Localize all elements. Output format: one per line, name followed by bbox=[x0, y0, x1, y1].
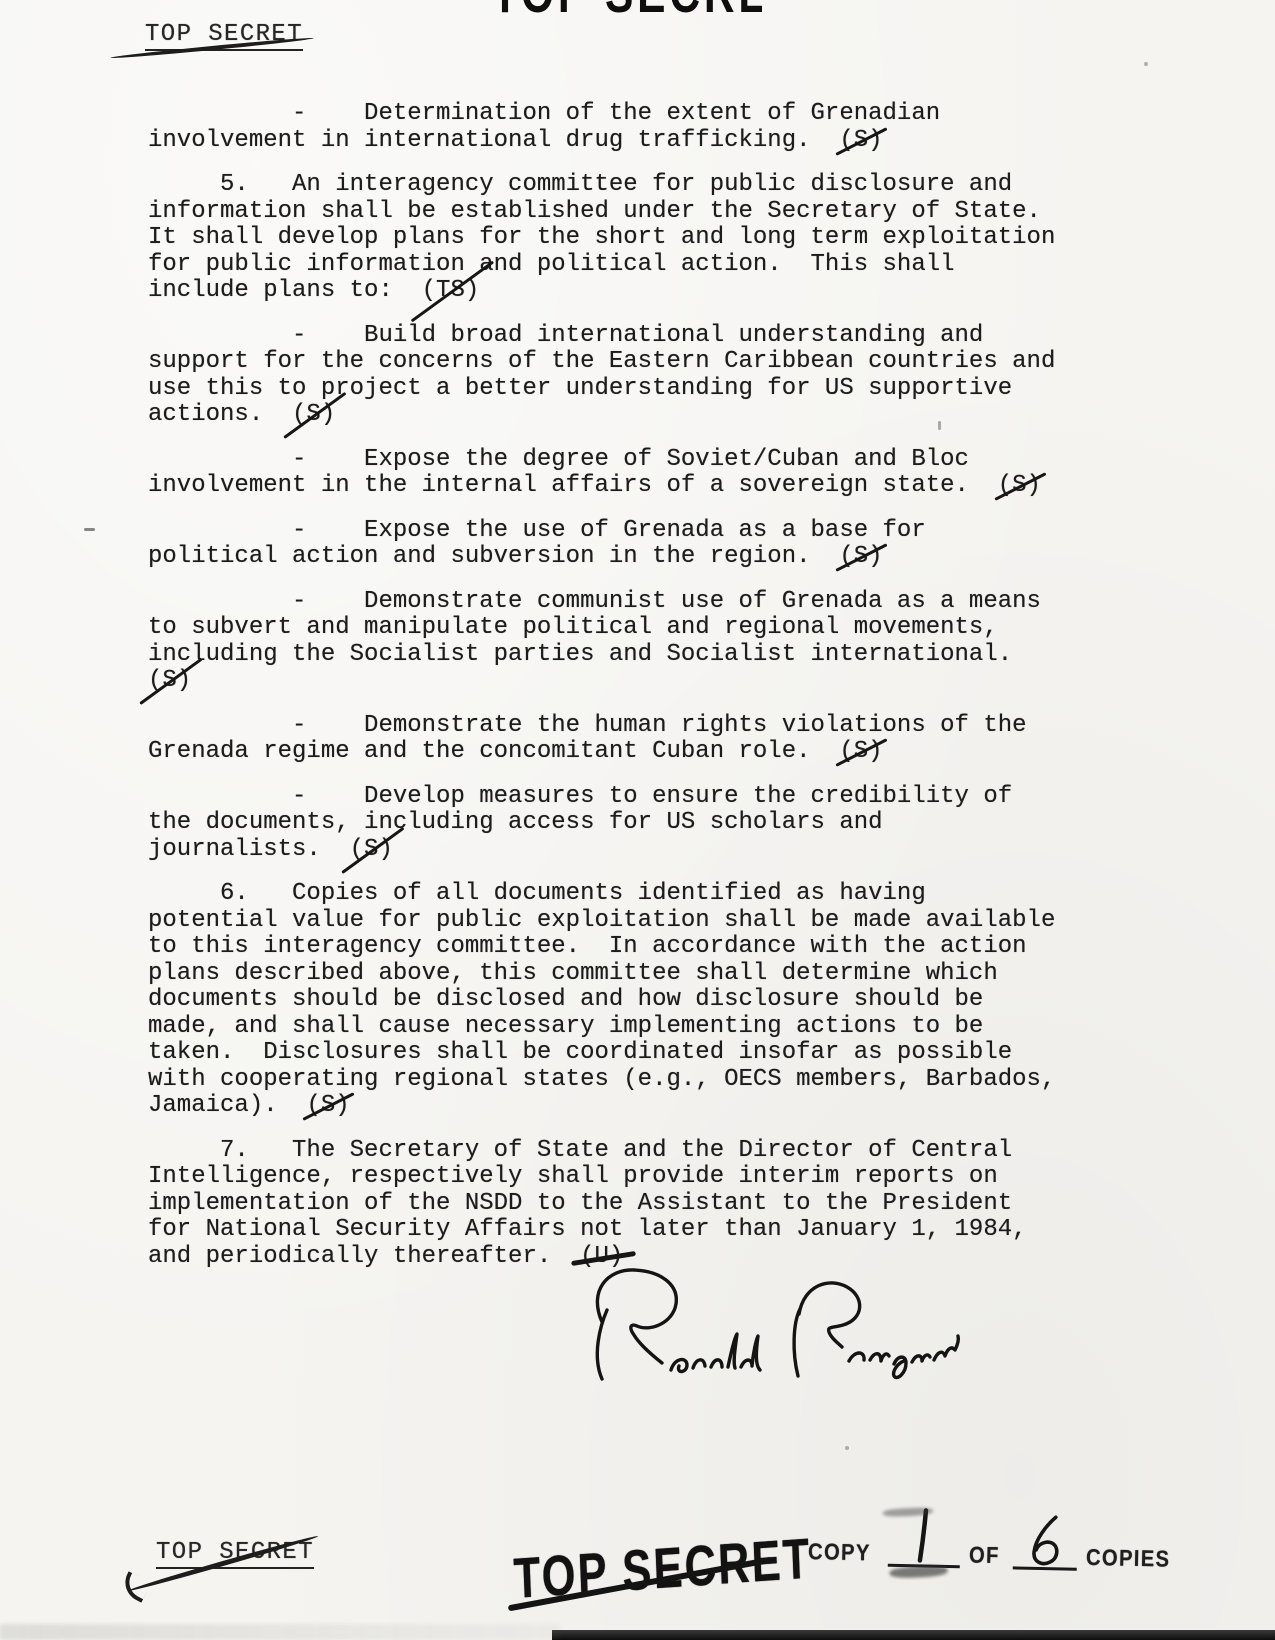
paragraph-bullet-drug-trafficking: - Determination of the extent of Grenadi… bbox=[148, 101, 1148, 154]
document-body: - Determination of the extent of Grenadi… bbox=[148, 101, 1148, 1288]
header-classification-stamp-cutoff: TOP SECRET bbox=[492, 0, 762, 40]
footer-strike-hook-mark bbox=[118, 1571, 151, 1603]
paragraph-text: - Build broad international understandin… bbox=[148, 322, 1055, 429]
scan-edge-shadow bbox=[0, 1624, 560, 1640]
paragraph-text: - Demonstrate communist use of Grenada a… bbox=[148, 588, 1041, 668]
stray-speck bbox=[1144, 62, 1148, 66]
scan-edge-bar bbox=[552, 1630, 1275, 1640]
stray-speck bbox=[938, 421, 941, 430]
copy-total-handwritten bbox=[1013, 1556, 1077, 1570]
paragraph-text: - Determination of the extent of Grenadi… bbox=[148, 100, 940, 154]
classification-marker: (S) bbox=[839, 128, 882, 155]
classification-marker: (S) bbox=[306, 1093, 349, 1120]
paragraph-text: 5. An interagency committee for public d… bbox=[148, 171, 1055, 304]
paragraph-para-7: 7. The Secretary of State and the Direct… bbox=[148, 1138, 1148, 1271]
paragraph-bullet-expose-grenada-base: - Expose the use of Grenada as a base fo… bbox=[148, 518, 1148, 571]
classification-marker: (S) bbox=[292, 402, 335, 429]
ink-smudge-mark bbox=[890, 1565, 948, 1579]
paragraph-text: 6. Copies of all documents identified as… bbox=[148, 880, 1055, 1119]
paragraph-text: - Develop measures to ensure the credibi… bbox=[148, 783, 1012, 863]
paragraph-bullet-human-rights: - Demonstrate the human rights violation… bbox=[148, 713, 1148, 766]
copies-label: COPIES bbox=[1086, 1546, 1171, 1573]
classification-marker: (S) bbox=[839, 544, 882, 571]
copy-count-stamp: COPY OF COPIES bbox=[808, 1540, 1183, 1573]
paragraph-para-5: 5. An interagency committee for public d… bbox=[148, 172, 1148, 305]
paragraph-text: - Expose the use of Grenada as a base fo… bbox=[148, 517, 926, 571]
classification-marker: (S) bbox=[839, 739, 882, 766]
copy-label: COPY bbox=[808, 1540, 871, 1566]
paragraph-text: - Demonstrate the human rights violation… bbox=[148, 712, 1027, 766]
copy-number-handwritten bbox=[888, 1554, 960, 1569]
reagan-signature bbox=[576, 1266, 966, 1391]
classification-marker: (S) bbox=[350, 837, 393, 864]
paragraph-bullet-expose-soviet-cuban: - Expose the degree of Soviet/Cuban and … bbox=[148, 447, 1148, 500]
document-page: TOP SECRET TOP SECRET - Determination of… bbox=[0, 0, 1275, 1640]
of-label: OF bbox=[969, 1543, 1000, 1569]
classification-marker: (S) bbox=[998, 473, 1041, 500]
stray-speck bbox=[845, 1446, 849, 1450]
paragraph-bullet-build-understanding: - Build broad international understandin… bbox=[148, 323, 1148, 429]
stray-mark bbox=[84, 528, 95, 531]
paragraph-para-6: 6. Copies of all documents identified as… bbox=[148, 881, 1148, 1120]
classification-marker: (S) bbox=[148, 668, 191, 695]
paragraph-bullet-credibility: - Develop measures to ensure the credibi… bbox=[148, 784, 1148, 864]
paragraph-text: - Expose the degree of Soviet/Cuban and … bbox=[148, 446, 998, 500]
classification-marker: (TS) bbox=[422, 278, 480, 305]
paragraph-bullet-communist-use: - Demonstrate communist use of Grenada a… bbox=[148, 589, 1148, 695]
